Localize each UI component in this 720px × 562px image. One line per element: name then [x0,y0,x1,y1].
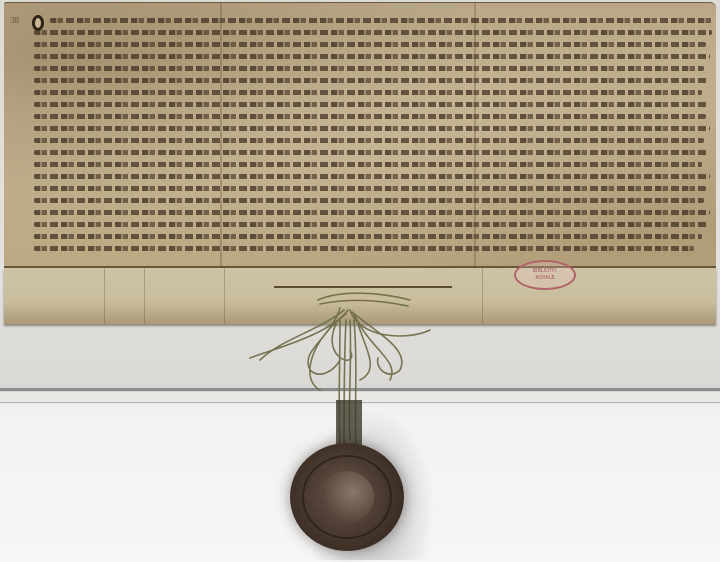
stamp-line-2: ROYALE [535,275,554,282]
fold-crease [144,268,145,324]
script-line [34,210,710,215]
fold-crease [482,268,483,324]
folio-number: 38 [10,16,18,25]
fold-crease [224,268,225,324]
script-line [34,174,710,179]
script-line [34,30,712,35]
script-line [34,186,706,191]
silk-cords [240,280,460,460]
script-line [34,54,710,59]
script-line [34,198,704,203]
script-line [34,150,708,155]
script-line [34,138,704,143]
seal-face [320,471,374,523]
script-line [34,114,706,119]
stamp-line-1: BIBLIOTH. [533,268,558,275]
fold-crease [104,268,105,324]
script-line [34,222,708,227]
script-line [34,78,709,83]
script-line [50,18,714,23]
wax-seal [290,443,404,551]
script-line [34,42,706,47]
script-line [34,102,708,107]
script-line [34,246,694,251]
library-stamp: BIBLIOTH. ROYALE [514,260,576,290]
charter-text [34,14,714,264]
parchment-charter: 38 O [4,2,716,270]
script-line [34,126,710,131]
script-line [34,90,702,95]
script-line [34,234,702,239]
script-line [34,162,702,167]
script-line [34,66,704,71]
